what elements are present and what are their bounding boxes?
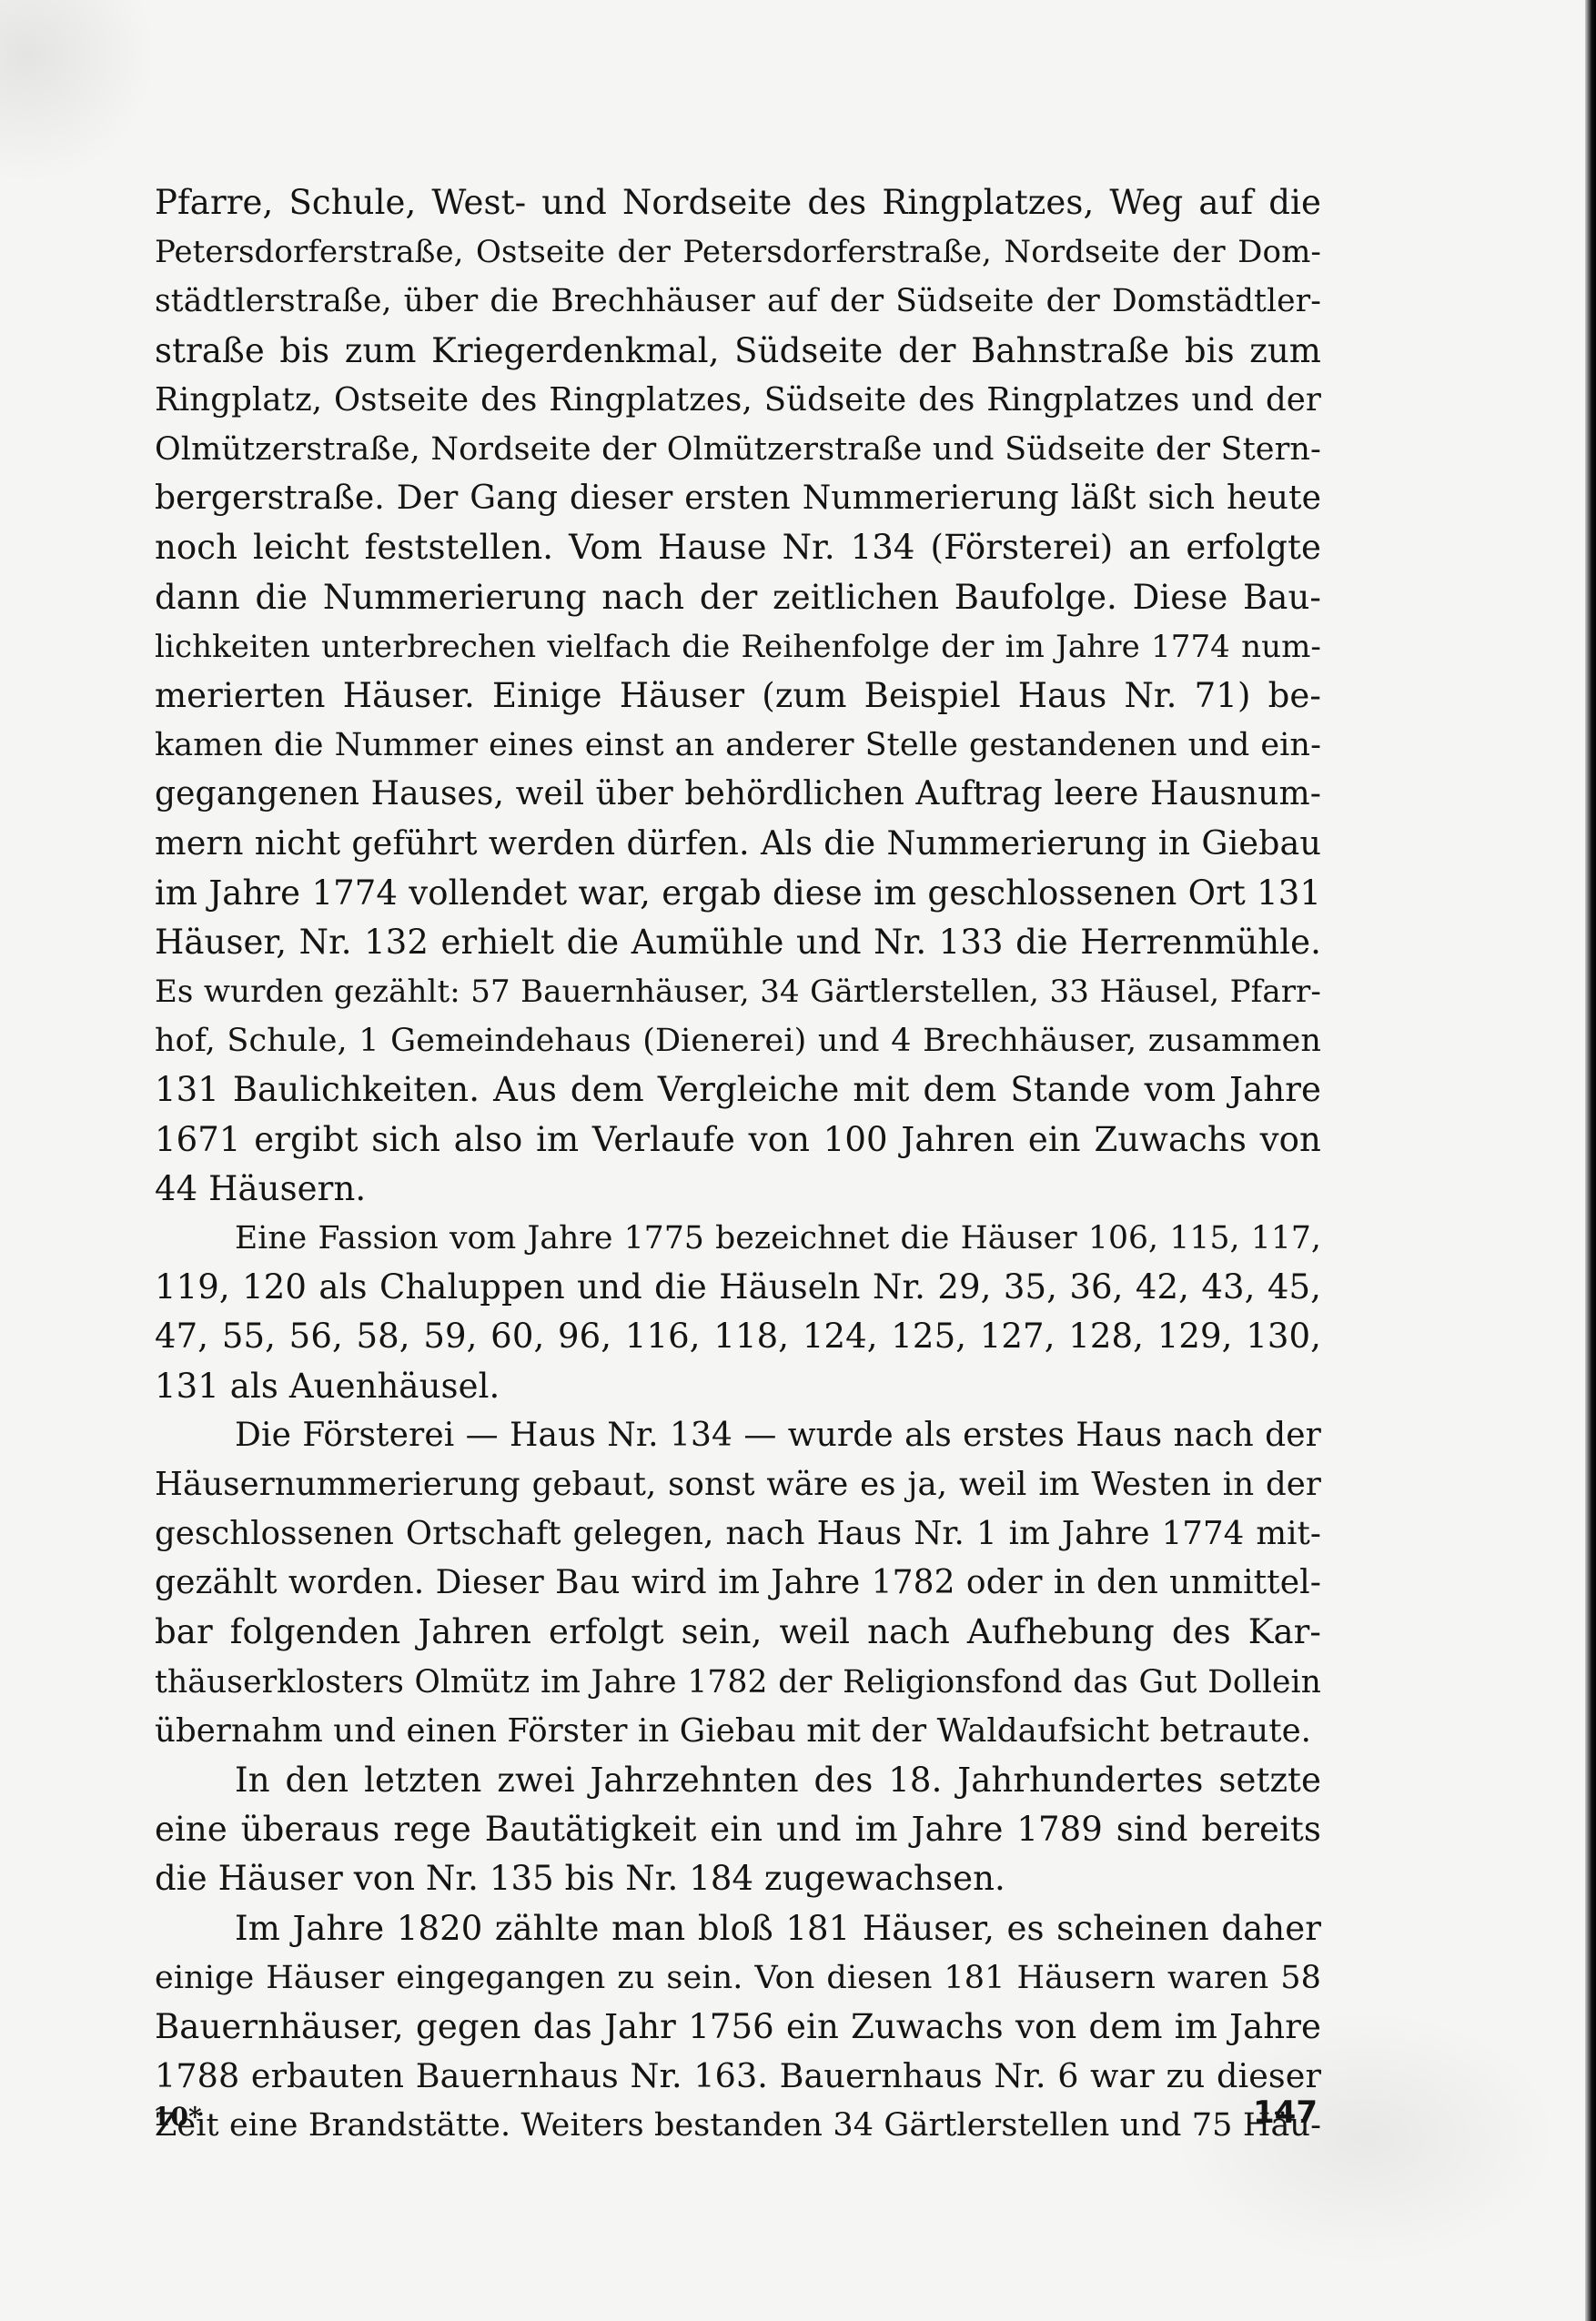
text-line: 119, 120 als Chaluppen und die Häuseln N…: [155, 1263, 1321, 1312]
text-line: bergerstraße. Der Gang dieser ersten Num…: [155, 474, 1321, 523]
text-line: hof, Schule, 1 Gemeindehaus (Dienerei) u…: [155, 1016, 1321, 1065]
text-line: gegangenen Hauses, weil über behördliche…: [155, 770, 1321, 819]
text-line: eine überaus rege Bautätigkeit ein und i…: [155, 1805, 1321, 1854]
text-line: 47, 55, 56, 58, 59, 60, 96, 116, 118, 12…: [155, 1312, 1321, 1361]
text-line: dann die Nummerierung nach der zeitliche…: [155, 573, 1321, 622]
text-line: 131 Baulichkeiten. Aus dem Vergleiche mi…: [155, 1065, 1321, 1115]
text-line: 1788 erbauten Bauernhaus Nr. 163. Bauern…: [155, 2052, 1321, 2101]
text-line: merierten Häuser. Einige Häuser (zum Bei…: [155, 671, 1321, 721]
text-line: kamen die Nummer eines einst an anderer …: [155, 721, 1321, 770]
text-line: bar folgenden Jahren erfolgt sein, weil …: [155, 1608, 1321, 1657]
text-line: im Jahre 1774 vollendet war, ergab diese…: [155, 869, 1321, 918]
text-line: Ringplatz, Ostseite des Ringplatzes, Süd…: [155, 376, 1321, 425]
text-line: noch leicht feststellen. Vom Hause Nr. 1…: [155, 523, 1321, 572]
body-text: Pfarre, Schule, West- und Nordseite des …: [155, 178, 1321, 2151]
page-edge-shadow: [1585, 0, 1596, 2321]
text-line: mern nicht geführt werden dürfen. Als di…: [155, 819, 1321, 868]
text-line: 1671 ergibt sich also im Verlaufe von 10…: [155, 1115, 1321, 1165]
text-line: Häusernummerierung gebaut, sonst wäre es…: [155, 1460, 1321, 1509]
text-line: thäuserklosters Olmütz im Jahre 1782 der…: [155, 1658, 1321, 1707]
text-line: Zeit eine Brandstätte. Weiters bestanden…: [155, 2101, 1321, 2150]
text-line: Eine Fassion vom Jahre 1775 bezeichnet d…: [155, 1214, 1321, 1263]
text-line: Häuser, Nr. 132 erhielt die Aumühle und …: [155, 918, 1321, 967]
text-line: übernahm und einen Förster in Giebau mit…: [155, 1707, 1321, 1756]
text-line: Bauernhäuser, gegen das Jahr 1756 ein Zu…: [155, 2003, 1321, 2052]
text-line: lichkeiten unterbrechen vielfach die Rei…: [155, 622, 1321, 671]
text-line: Es wurden gezählt: 57 Bauernhäuser, 34 G…: [155, 967, 1321, 1016]
text-line: Im Jahre 1820 zählte man bloß 181 Häuser…: [155, 1904, 1321, 1953]
text-line: Pfarre, Schule, West- und Nordseite des …: [155, 178, 1321, 227]
scanned-page: Pfarre, Schule, West- und Nordseite des …: [0, 0, 1596, 2321]
text-line: gezählt worden. Dieser Bau wird im Jahre…: [155, 1559, 1321, 1608]
text-line: Petersdorferstraße, Ostseite der Petersd…: [155, 227, 1321, 277]
text-line: In den letzten zwei Jahrzehnten des 18. …: [155, 1756, 1321, 1805]
text-line: die Häuser von Nr. 135 bis Nr. 184 zugew…: [155, 1854, 1321, 1903]
text-line: straße bis zum Kriegerdenkmal, Südseite …: [155, 327, 1321, 376]
text-line: Die Försterei — Haus Nr. 134 — wurde als…: [155, 1411, 1321, 1460]
signature-mark: 10*: [153, 2102, 202, 2132]
text-line: einige Häuser eingegangen zu sein. Von d…: [155, 1953, 1321, 2003]
text-line: Olmützerstraße, Nordseite der Olmützerst…: [155, 425, 1321, 474]
text-line: städtlerstraße, über die Brechhäuser auf…: [155, 277, 1321, 326]
text-line: 44 Häusern.: [155, 1165, 1321, 1214]
page-number: 147: [1253, 2094, 1318, 2131]
text-line: geschlossenen Ortschaft gelegen, nach Ha…: [155, 1509, 1321, 1559]
text-line: 131 als Auenhäusel.: [155, 1362, 1321, 1411]
